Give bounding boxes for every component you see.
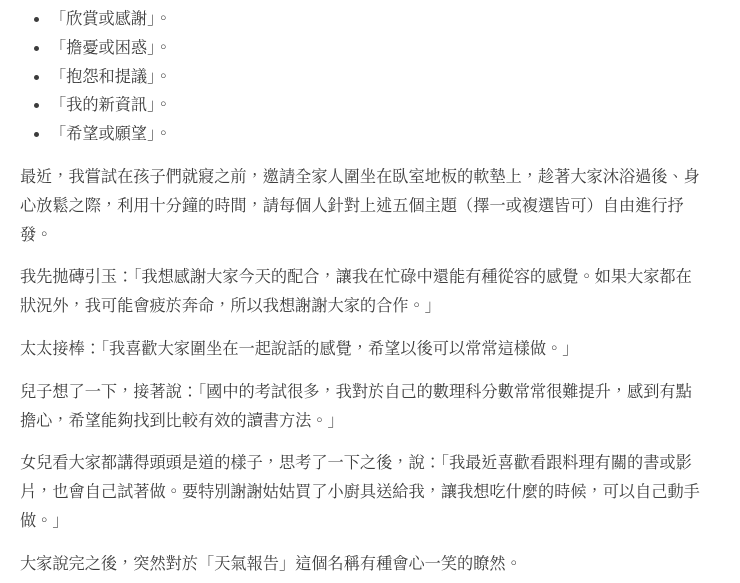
topic-item: 「抱怨和提議」。	[50, 63, 704, 92]
topics-list: 「欣賞或感謝」。 「擔憂或困惑」。 「抱怨和提議」。 「我的新資訊」。 「希望或…	[20, 5, 704, 149]
paragraph-daughter: 女兒看大家都講得頭頭是道的樣子，思考了一下之後，說：「我最近喜歡看跟料理有關的書…	[20, 449, 704, 535]
article-body: 「欣賞或感謝」。 「擔憂或困惑」。 「抱怨和提議」。 「我的新資訊」。 「希望或…	[0, 0, 704, 579]
topic-item: 「希望或願望」。	[50, 120, 704, 149]
topic-item: 「擔憂或困惑」。	[50, 34, 704, 63]
topic-item: 「我的新資訊」。	[50, 91, 704, 120]
paragraph-closing: 大家說完之後，突然對於「天氣報告」這個名稱有種會心一笑的瞭然。	[20, 550, 704, 579]
paragraph-intro: 最近，我嘗試在孩子們就寢之前，邀請全家人圍坐在臥室地板的軟墊上，趁著大家沐浴過後…	[20, 163, 704, 249]
topic-item: 「欣賞或感謝」。	[50, 5, 704, 34]
paragraph-father: 我先拋磚引玉：「我想感謝大家今天的配合，讓我在忙碌中還能有種從容的感覺。如果大家…	[20, 263, 704, 321]
paragraph-son: 兒子想了一下，接著說：「國中的考試很多，我對於自己的數理科分數常常很難提升，感到…	[20, 378, 704, 436]
paragraph-mother: 太太接棒：「我喜歡大家圍坐在一起說話的感覺，希望以後可以常常這樣做。」	[20, 335, 704, 364]
